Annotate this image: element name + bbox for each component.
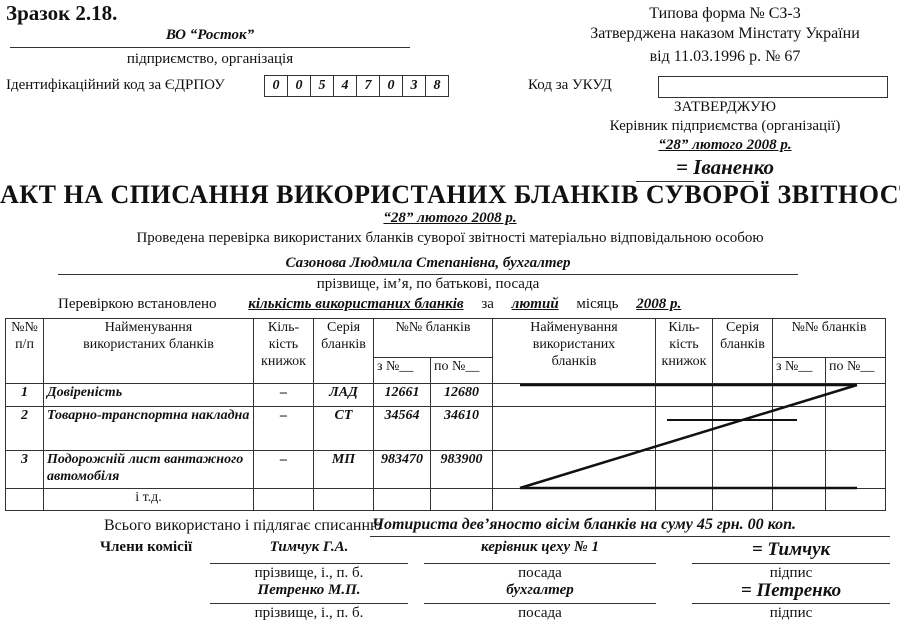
row-to: 983900 [431,451,493,489]
name-caption: прізвище, і., п. б. [210,605,408,622]
row-num [6,489,44,511]
member-position: керівник цеху № 1 [424,539,656,556]
row-empty-cell [773,451,826,489]
row-from: 34564 [374,407,431,451]
header-from-2: з №__ [773,358,826,384]
row-empty-cell [713,451,773,489]
ukud-label: Код за УКУД [528,77,612,94]
edrpou-digit: 8 [426,76,448,96]
row-name: Товарно-транспортна накладна [44,407,254,451]
row-empty-cell [493,489,656,511]
row-to: 12680 [431,384,493,407]
check-result-line: Перевіркою встановлено кількість викорис… [58,296,695,313]
document-date: “28” лютого 2008 р. [300,210,600,227]
responsible-person: Сазонова Людмила Степанівна, бухгалтер [58,255,798,272]
edrpou-label: Ідентифікаційний код за ЄДРПОУ [6,77,225,94]
org-name-underline [10,47,410,48]
row-name: Довіреність [44,384,254,407]
row-empty-cell [826,451,886,489]
table-row: і т.д. [6,489,886,511]
header-name-2: Найменування використаних бланків [493,319,656,384]
table-row: 2Товарно-транспортна накладна–СТ34564346… [6,407,886,451]
approved-date: від 11.03.1996 р. № 67 [560,48,890,66]
approved-by: Затверджена наказом Мінстату України [560,25,890,43]
approval-head: Керівник підприємства (організації) [560,118,890,135]
row-empty-cell [493,451,656,489]
name-caption: прізвище, і., п. б. [210,565,408,582]
row-empty-cell [773,384,826,407]
signature-underline [692,603,890,604]
commission-label: Члени комісії [100,539,192,556]
header-books-2: Кіль-кість книжок [656,319,713,384]
position-underline [424,563,656,564]
header-to: по №__ [431,358,493,384]
position-caption: посада [424,605,656,622]
header-numbers-2: №№ бланків [773,319,886,358]
row-empty-cell [713,489,773,511]
row-books: – [254,384,314,407]
sample-label: Зразок 2.18. [6,1,117,26]
position-caption: посада [424,565,656,582]
name-underline [210,563,408,564]
row-empty-cell [713,384,773,407]
edrpou-digit: 3 [403,76,426,96]
row-num: 2 [6,407,44,451]
row-empty-cell [713,407,773,451]
header-series: Серія бланків [314,319,374,384]
row-empty-cell [826,407,886,451]
row-empty-cell [826,489,886,511]
row-books [254,489,314,511]
signature-underline [692,563,890,564]
member-name: Тимчук Г.А. [210,539,408,556]
name-underline [210,603,408,604]
row-series [314,489,374,511]
signature-caption: підпис [692,605,890,622]
row-from: 12661 [374,384,431,407]
row-empty-cell [656,407,713,451]
row-empty-cell [826,384,886,407]
row-from [374,489,431,511]
blanks-table: №№ п/п Найменування використаних бланків… [5,318,886,511]
row-series: СТ [314,407,374,451]
month-word: місяць [576,296,618,312]
for-word: за [481,296,494,312]
edrpou-digit: 0 [265,76,288,96]
total-value: Чотириста дев’яносто вісім бланків на су… [372,516,796,534]
document-title: АКТ НА СПИСАННЯ ВИКОРИСТАНИХ БЛАНКІВ СУВ… [0,180,900,210]
table-row: 3Подорожній лист вантажного автомобіля–М… [6,451,886,489]
found-value: кількість використаних бланків [248,296,463,312]
row-empty-cell [656,489,713,511]
row-books: – [254,451,314,489]
row-from: 983470 [374,451,431,489]
row-series: ЛАД [314,384,374,407]
edrpou-digit: 5 [311,76,334,96]
row-empty-cell [493,407,656,451]
approval-word: ЗАТВЕРДЖУЮ [560,99,890,116]
header-books: Кіль-кість книжок [254,319,314,384]
edrpou-digit: 7 [357,76,380,96]
row-empty-cell [773,407,826,451]
organization-name: ВО “Росток” [10,27,410,44]
header-numbers: №№ бланків [374,319,493,358]
edrpou-digit: 0 [380,76,403,96]
person-caption: прізвище, ім’я, по батькові, посада [58,276,798,293]
row-to: 34610 [431,407,493,451]
form-type: Типова форма № СЗ-3 [560,5,890,23]
year-value: 2008 р. [636,296,681,312]
organization-caption: підприємство, організація [10,51,410,68]
member-signature: = Тимчук [692,539,890,561]
header-series-2: Серія бланків [713,319,773,384]
total-underline [370,536,890,537]
month-value: лютий [512,296,559,312]
approval-date: “28” лютого 2008 р. [560,137,890,154]
position-underline [424,603,656,604]
person-underline [58,274,798,275]
edrpou-code-boxes: 00547038 [264,75,449,97]
member-signature: = Петренко [692,580,890,602]
row-series: МП [314,451,374,489]
edrpou-digit: 0 [288,76,311,96]
table-row: 1Довіреність–ЛАД1266112680 [6,384,886,407]
check-text: Проведена перевірка використаних бланків… [0,230,900,247]
member-name: Петренко М.П. [210,582,408,599]
header-name: Найменування використаних бланків [44,319,254,384]
row-empty-cell [493,384,656,407]
header-from: з №__ [374,358,431,384]
row-empty-cell [656,451,713,489]
row-to [431,489,493,511]
edrpou-digit: 4 [334,76,357,96]
row-num: 3 [6,451,44,489]
row-empty-cell [773,489,826,511]
row-books: – [254,407,314,451]
row-name: Подорожній лист вантажного автомобіля [44,451,254,489]
found-label: Перевіркою встановлено [58,296,217,312]
member-position: бухгалтер [424,582,656,599]
row-empty-cell [656,384,713,407]
approval-signature: = Іваненко [560,155,890,180]
row-num: 1 [6,384,44,407]
header-num: №№ п/п [6,319,44,384]
row-name: і т.д. [44,489,254,511]
ukud-code-field[interactable] [658,76,888,98]
total-label: Всього використано і підлягає списанню [104,517,382,535]
header-to-2: по №__ [826,358,886,384]
